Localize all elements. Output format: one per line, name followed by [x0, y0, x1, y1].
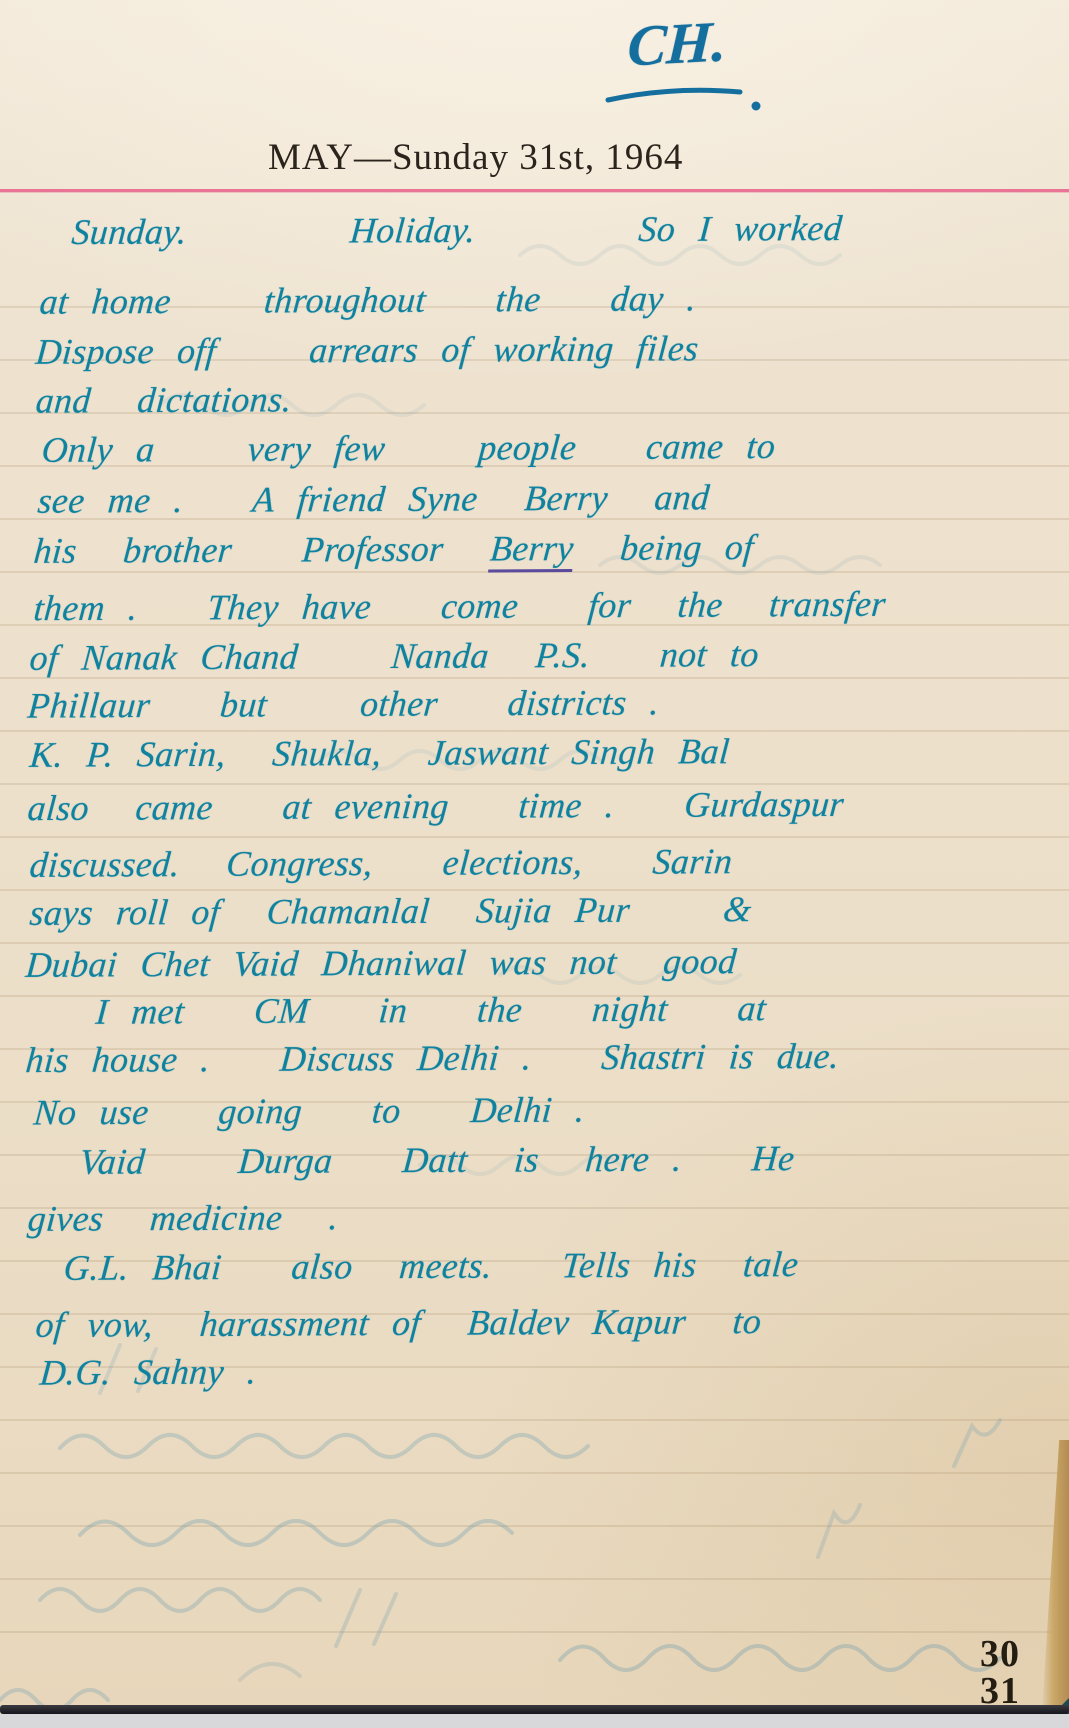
handwritten-line: Sunday. Holiday. So I worked: [70, 208, 844, 252]
handwritten-line: discussed. Congress, elections, Sarin: [28, 841, 734, 885]
diary-page-scan: CH. MAY—Sunday 31st, 1964 Sunday. Holida…: [0, 0, 1069, 1728]
handwritten-text: of vow, harassment of Baldev Kapur to: [34, 1301, 763, 1345]
handwritten-line: Phillaur but other districts .: [26, 682, 661, 725]
handwritten-text: Dubai Chet Vaid Dhaniwal was not good: [24, 941, 738, 985]
handwritten-line: his house . Discuss Delhi . Shastri is d…: [24, 1036, 841, 1080]
page-numbers: 30 31: [980, 1636, 1020, 1710]
handwritten-line: I met CM in the night at: [94, 988, 768, 1032]
handwritten-line: them . They have come for the transfer: [32, 584, 887, 628]
handwritten-line: gives medicine .: [26, 1197, 340, 1239]
handwritten-line: his brother Professor Berry being of: [32, 527, 755, 571]
handwritten-line: No use going to Delhi .: [32, 1090, 586, 1133]
handwritten-text: Dispose off arrears of working files: [34, 328, 700, 371]
handwritten-line: says roll of Chamanlal Sujia Pur &: [28, 889, 753, 933]
handwritten-text: his house . Discuss Delhi . Shastri is d…: [24, 1036, 841, 1080]
handwritten-line: Dubai Chet Vaid Dhaniwal was not good: [24, 941, 738, 985]
handwritten-text: K. P. Sarin, Shukla, Jaswant Singh Bal: [28, 731, 731, 775]
handwritten-text: of Nanak Chand Nanda P.S. not to: [28, 634, 760, 678]
handwritten-text: his brother Professor: [32, 528, 492, 570]
handwritten-line: K. P. Sarin, Shukla, Jaswant Singh Bal: [28, 731, 731, 775]
handwritten-line: of Nanak Chand Nanda P.S. not to: [28, 634, 760, 678]
handwritten-text: being of: [572, 527, 755, 568]
handwritten-text: Vaid Durga Datt is here . He: [78, 1138, 796, 1182]
handwritten-line: also came at evening time . Gurdaspur: [26, 784, 845, 828]
handwritten-line: Vaid Durga Datt is here . He: [78, 1138, 796, 1182]
handwritten-line: G.L. Bhai also meets. Tells his tale: [62, 1244, 800, 1288]
handwritten-text: them . They have come for the transfer: [32, 584, 887, 628]
handwritten-text: and dictations.: [34, 379, 293, 420]
handwritten-text: discussed. Congress, elections, Sarin: [28, 841, 734, 885]
handwritten-text: Sunday. Holiday. So I worked: [70, 208, 844, 252]
handwritten-text: Phillaur but other districts .: [26, 682, 661, 725]
handwritten-text: No use going to Delhi .: [32, 1090, 586, 1133]
handwritten-text: D.G. Sahny .: [38, 1351, 258, 1392]
handwritten-line: of vow, harassment of Baldev Kapur to: [34, 1301, 763, 1345]
handwritten-text: at home throughout the day .: [38, 278, 698, 321]
page-number-top: 30: [980, 1636, 1020, 1673]
handwritten-line: and dictations.: [34, 379, 293, 420]
header-divider-rule: [0, 189, 1069, 192]
printed-date-header: MAY—Sunday 31st, 1964: [268, 136, 683, 179]
handwritten-text: I met CM in the night at: [94, 988, 768, 1032]
handwritten-text: says roll of Chamanlal Sujia Pur &: [28, 889, 753, 933]
handwritten-line: Dispose off arrears of working files: [34, 328, 700, 371]
monogram-initials: CH.: [626, 11, 728, 76]
handwritten-text: Only a very few people came to: [40, 426, 777, 470]
page-bottom-shadow: [0, 1705, 1069, 1714]
handwritten-line: at home throughout the day .: [38, 278, 698, 321]
handwritten-text: G.L. Bhai also meets. Tells his tale: [62, 1244, 800, 1288]
handwritten-text: gives medicine .: [26, 1197, 340, 1239]
handwritten-text: also came at evening time . Gurdaspur: [26, 784, 845, 828]
handwritten-line: Only a very few people came to: [40, 426, 777, 470]
handwritten-text: see me . A friend Syne Berry and: [36, 477, 711, 521]
handwritten-line: D.G. Sahny .: [38, 1351, 258, 1392]
scanner-bed-strip: [0, 1714, 1069, 1728]
underlined-word: Berry: [488, 528, 575, 572]
handwritten-line: see me . A friend Syne Berry and: [36, 477, 711, 521]
